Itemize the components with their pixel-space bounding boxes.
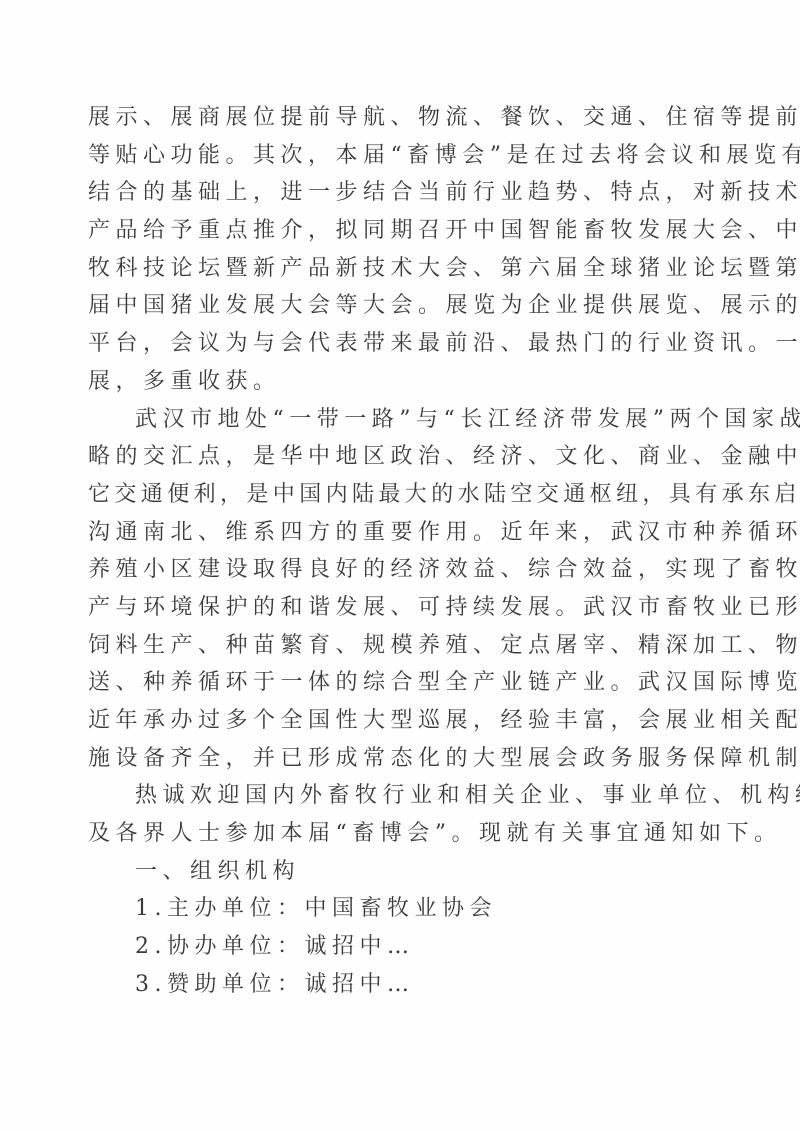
text-line: 养殖小区建设取得良好的经济效益、综合效益，实现了畜牧业生 [88,551,698,589]
text-line: 它交通便利，是中国内陆最大的水陆空交通枢纽，具有承东启西、 [88,476,698,514]
text-line: 平台，会议为与会代表带来最前沿、最热门的行业资讯。一次参 [88,325,698,363]
section-heading: 一、组织机构 [88,853,698,891]
text-line: 饲料生产、种苗繁育、规模养殖、定点屠宰、精深加工、物流配 [88,627,698,665]
text-line: 武汉市地处“一带一路”与“长江经济带发展”两个国家战 [88,401,698,439]
text-line: 产与环境保护的和谐发展、可持续发展。武汉市畜牧业已形成集 [88,589,698,627]
text-line: 送、种养循环于一体的综合型全产业链产业。武汉国际博览中心 [88,664,698,702]
text-line: 略的交汇点，是华中地区政治、经济、文化、商业、金融中心。 [88,438,698,476]
org-item-co-organizer: 2.协办单位：诚招中… [88,928,698,966]
text-line: 牧科技论坛暨新产品新技术大会、第六届全球猪业论坛暨第十七 [88,250,698,288]
org-list: 1.主办单位：中国畜牧业协会 2.协办单位：诚招中… 3.赞助单位：诚招中… [88,890,698,1003]
text-line: 施设备齐全，并已形成常态化的大型展会政务服务保障机制。 [88,740,698,778]
document-body: 展示、展商展位提前导航、物流、餐饮、交通、住宿等提前获知 等贴心功能。其次，本届… [88,99,698,1004]
paragraph-wuhan-intro: 武汉市地处“一带一路”与“长江经济带发展”两个国家战 略的交汇点，是华中地区政治… [88,401,698,778]
text-line: 近年承办过多个全国性大型巡展，经验丰富，会展业相关配套设 [88,702,698,740]
paragraph-welcome: 热诚欢迎国内外畜牧行业和相关企业、事业单位、机构组织 及各界人士参加本届“畜博会… [88,777,698,852]
text-line: 届中国猪业发展大会等大会。展览为企业提供展览、展示的最佳 [88,287,698,325]
text-line: 产品给予重点推介，拟同期召开中国智能畜牧发展大会、中国畜 [88,212,698,250]
text-line: 展，多重收获。 [88,363,698,401]
text-line: 结合的基础上，进一步结合当前行业趋势、特点，对新技术、新 [88,174,698,212]
document-page: 展示、展商展位提前导航、物流、餐饮、交通、住宿等提前获知 等贴心功能。其次，本届… [0,0,800,1131]
org-item-host: 1.主办单位：中国畜牧业协会 [88,890,698,928]
text-line: 热诚欢迎国内外畜牧行业和相关企业、事业单位、机构组织 [88,777,698,815]
text-line: 展示、展商展位提前导航、物流、餐饮、交通、住宿等提前获知 [88,99,698,137]
paragraph-exhibition-features: 展示、展商展位提前导航、物流、餐饮、交通、住宿等提前获知 等贴心功能。其次，本届… [88,99,698,401]
text-line: 等贴心功能。其次，本届“畜博会”是在过去将会议和展览有机 [88,137,698,175]
text-line: 沟通南北、维系四方的重要作用。近年来，武汉市种养循环生态 [88,514,698,552]
org-item-sponsor: 3.赞助单位：诚招中… [88,966,698,1004]
text-line: 及各界人士参加本届“畜博会”。现就有关事宜通知如下。 [88,815,698,853]
